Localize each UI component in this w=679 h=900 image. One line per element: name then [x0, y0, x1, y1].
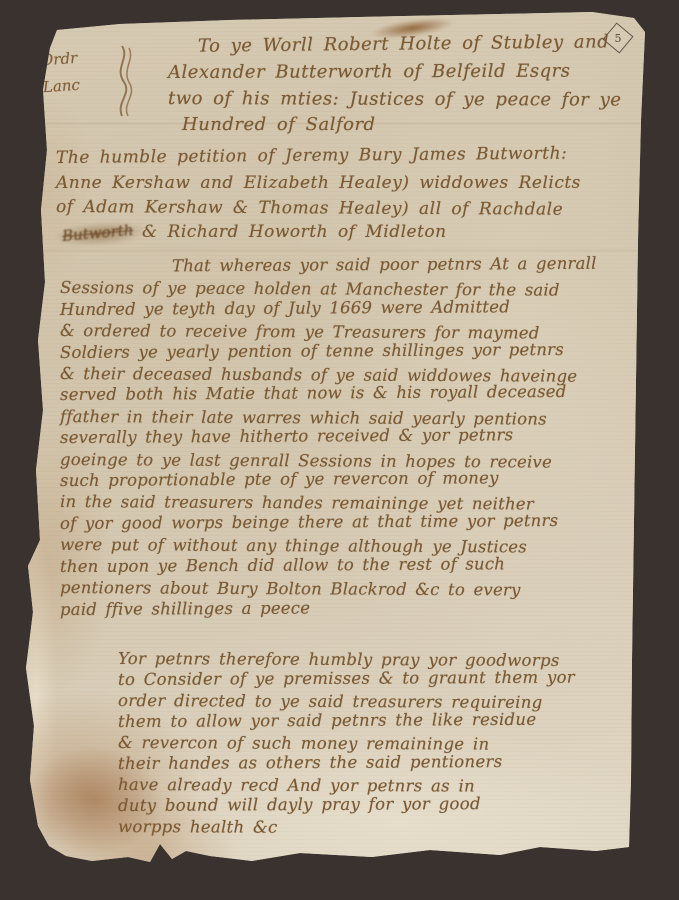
- prayer-line: their handes as others the said pentione…: [118, 751, 575, 774]
- prayer-line: duty bound will dayly pray for yor good: [118, 793, 575, 816]
- prayer-block: Yor petnrs therefore humbly pray yor goo…: [118, 648, 575, 837]
- body-line: of yor good worps beinge there at that t…: [60, 510, 597, 535]
- photo-background: Ordr Lanc 5 To ye Worll Robert Holte of …: [0, 0, 679, 900]
- body-line: paid ffive shillinges a peece: [60, 595, 597, 620]
- heading-line: To ye Worll Robert Holte of Stubley and: [168, 29, 622, 60]
- prayer-line: them to allow yor said petnrs the like r…: [118, 709, 575, 732]
- petition-line: The humble petition of Jeremy Bury James…: [56, 141, 581, 170]
- body-line: Hundred ye teyth day of July 1669 were A…: [60, 296, 597, 321]
- body-line: Soldiers ye yearly pention of tenne shil…: [60, 338, 597, 363]
- heading-block: To ye Worll Robert Holte of Stubley and …: [168, 34, 621, 138]
- heading-line: Hundred of Salford: [168, 112, 621, 138]
- body-line: That whereas yor said poor petnrs At a g…: [60, 253, 597, 278]
- heading-line: Alexander Butterworth of Belfeild Esqrs: [168, 58, 622, 86]
- manuscript-paper: Ordr Lanc 5 To ye Worll Robert Holte of …: [0, 0, 679, 900]
- archival-note-line: Ordr: [40, 45, 79, 75]
- paraph-flourish: [102, 44, 136, 118]
- archival-note-line: Lanc: [42, 72, 81, 102]
- archival-note: Ordr Lanc: [40, 45, 81, 101]
- body-line: such proportionable pte of ye revercon o…: [60, 467, 597, 492]
- heading-line: two of his mties: Justices of ye peace f…: [168, 86, 622, 114]
- body-block: That whereas yor said poor petnrs At a g…: [60, 256, 597, 620]
- body-line: severally they have hitherto received & …: [60, 424, 597, 449]
- prayer-line: worpps health &c: [118, 816, 575, 839]
- body-line: then upon ye Bench did allow to the rest…: [60, 552, 597, 577]
- body-line: served both his Matie that now is & his …: [60, 381, 597, 406]
- petition-line: Anne Kershaw and Elizabeth Healey) widdo…: [56, 171, 581, 196]
- prayer-line: to Consider of ye premisses & to graunt …: [118, 667, 575, 690]
